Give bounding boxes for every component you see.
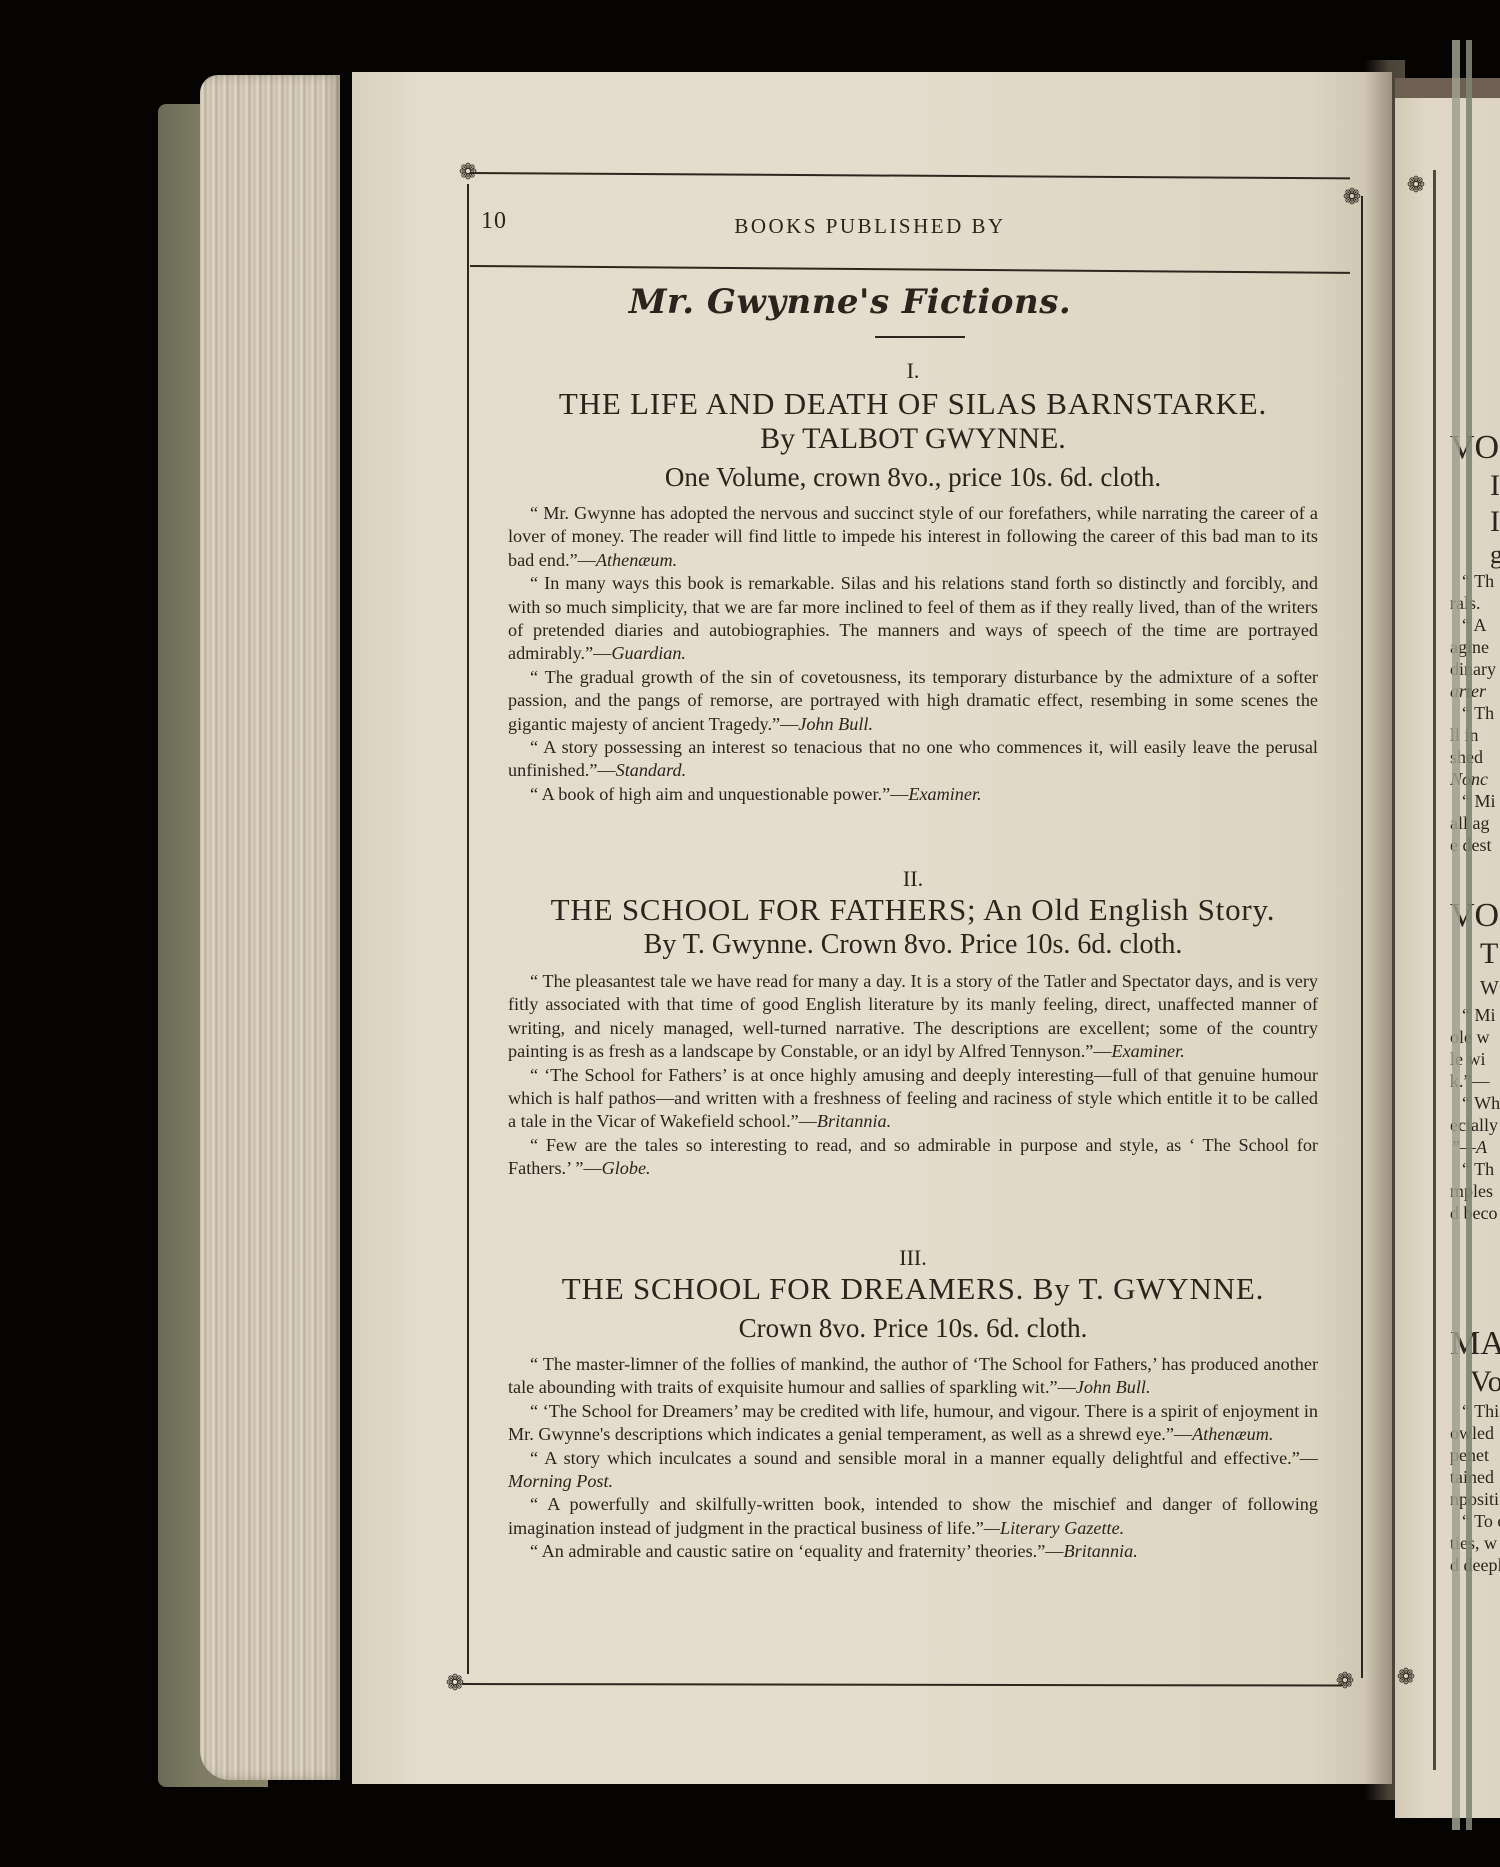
frame-right-rule xyxy=(1361,196,1363,1678)
review-quote: “ An admirable and caustic satire on ‘eq… xyxy=(508,1540,1318,1563)
review-quote: “ Few are the tales so interesting to re… xyxy=(508,1134,1318,1181)
page-strip xyxy=(1466,40,1472,1830)
corner-ornament-icon: ❁ xyxy=(444,1673,466,1695)
review-source: Standard. xyxy=(616,760,687,780)
review-source: Britannia. xyxy=(1063,1541,1137,1561)
review-text: “ A powerfully and skilfully-written boo… xyxy=(508,1494,1318,1537)
corner-ornament-icon: ❁ xyxy=(457,162,479,184)
review-text: “ An admirable and caustic satire on ‘eq… xyxy=(530,1541,1063,1561)
review-text: “ The master-limner of the follies of ma… xyxy=(508,1354,1318,1397)
review-text: “ A book of high aim and unquestionable … xyxy=(530,784,908,804)
book-byline: By T. Gwynne. Crown 8vo. Price 10s. 6d. … xyxy=(508,928,1318,962)
review-quote: “ ‘The School for Dreamers’ may be credi… xyxy=(508,1400,1318,1447)
right-page-frame-line xyxy=(1433,170,1436,1770)
review-text: “ ‘The School for Fathers’ is at once hi… xyxy=(508,1065,1318,1132)
right-page: VOI I I g “ Th rals. “ A agine dinary ar… xyxy=(1395,78,1500,1818)
section-title: Mr. Gwynne's Fictions. xyxy=(560,282,1140,322)
review-quote: “ The master-limner of the follies of ma… xyxy=(508,1353,1318,1400)
review-quote: “ A powerfully and skilfully-written boo… xyxy=(508,1493,1318,1540)
review-source: Guardian. xyxy=(611,643,686,663)
book-title: THE LIFE AND DEATH OF SILAS BARNSTARKE. xyxy=(508,386,1318,422)
running-head: BOOKS PUBLISHED BY xyxy=(600,214,1140,239)
review-source: —Literary Gazette. xyxy=(984,1518,1124,1538)
review-quote: “ ‘The School for Fathers’ is at once hi… xyxy=(508,1064,1318,1134)
page-number: 10 xyxy=(481,208,507,235)
review-quote: “ In many ways this book is remarkable. … xyxy=(508,572,1318,666)
book-details: Crown 8vo. Price 10s. 6d. cloth. xyxy=(508,1311,1318,1345)
review-quote: “ Mr. Gwynne has adopted the nervous and… xyxy=(508,502,1318,572)
review-quote: “ A story possessing an interest so tena… xyxy=(508,736,1318,783)
frame-left-rule xyxy=(467,184,469,1674)
review-source: Examiner. xyxy=(908,784,981,804)
book-title: THE SCHOOL FOR DREAMERS. By T. GWYNNE. xyxy=(508,1271,1318,1307)
review-source: Globe. xyxy=(602,1158,651,1178)
corner-ornament-icon: ❁ xyxy=(1395,1667,1417,1689)
review-source: Athenæum. xyxy=(596,550,677,570)
corner-ornament-icon: ❁ xyxy=(1334,1671,1356,1693)
corner-ornament-icon: ❁ xyxy=(1341,187,1363,209)
review-text: “ The pleasantest tale we have read for … xyxy=(508,971,1318,1061)
review-source: John Bull. xyxy=(798,714,873,734)
review-quote: “ The pleasantest tale we have read for … xyxy=(508,970,1318,1064)
review-quote: “ A book of high aim and unquestionable … xyxy=(508,783,1318,806)
book-numeral: III. xyxy=(508,1245,1318,1271)
book-entry-3: III. THE SCHOOL FOR DREAMERS. By T. GWYN… xyxy=(508,1245,1318,1564)
page-edges xyxy=(200,75,340,1780)
review-source: Examiner. xyxy=(1112,1041,1185,1061)
review-source: Athenæum. xyxy=(1192,1424,1273,1444)
review-quote: “ The gradual growth of the sin of covet… xyxy=(508,666,1318,736)
title-rule xyxy=(875,336,965,338)
corner-ornament-icon: ❁ xyxy=(1405,175,1427,197)
review-source: John Bull. xyxy=(1076,1377,1151,1397)
page-strip xyxy=(1452,40,1460,1830)
book-details: One Volume, crown 8vo., price 10s. 6d. c… xyxy=(508,460,1318,494)
review-source: Morning Post. xyxy=(508,1471,613,1491)
book-entry-1: I. THE LIFE AND DEATH OF SILAS BARNSTARK… xyxy=(508,358,1318,806)
review-quote: “ A story which inculcates a sound and s… xyxy=(508,1447,1318,1494)
book-entry-2: II. THE SCHOOL FOR FATHERS; An Old Engli… xyxy=(508,866,1318,1181)
book-title: THE SCHOOL FOR FATHERS; An Old English S… xyxy=(508,892,1318,928)
review-source: Britannia. xyxy=(817,1111,891,1131)
book-byline: By TALBOT GWYNNE. xyxy=(508,422,1318,456)
review-text: “ The gradual growth of the sin of covet… xyxy=(508,667,1318,734)
book-numeral: I. xyxy=(508,358,1318,384)
book-numeral: II. xyxy=(508,866,1318,892)
right-cover-edge xyxy=(1395,78,1500,98)
review-text: “ A story which inculcates a sound and s… xyxy=(530,1448,1318,1468)
